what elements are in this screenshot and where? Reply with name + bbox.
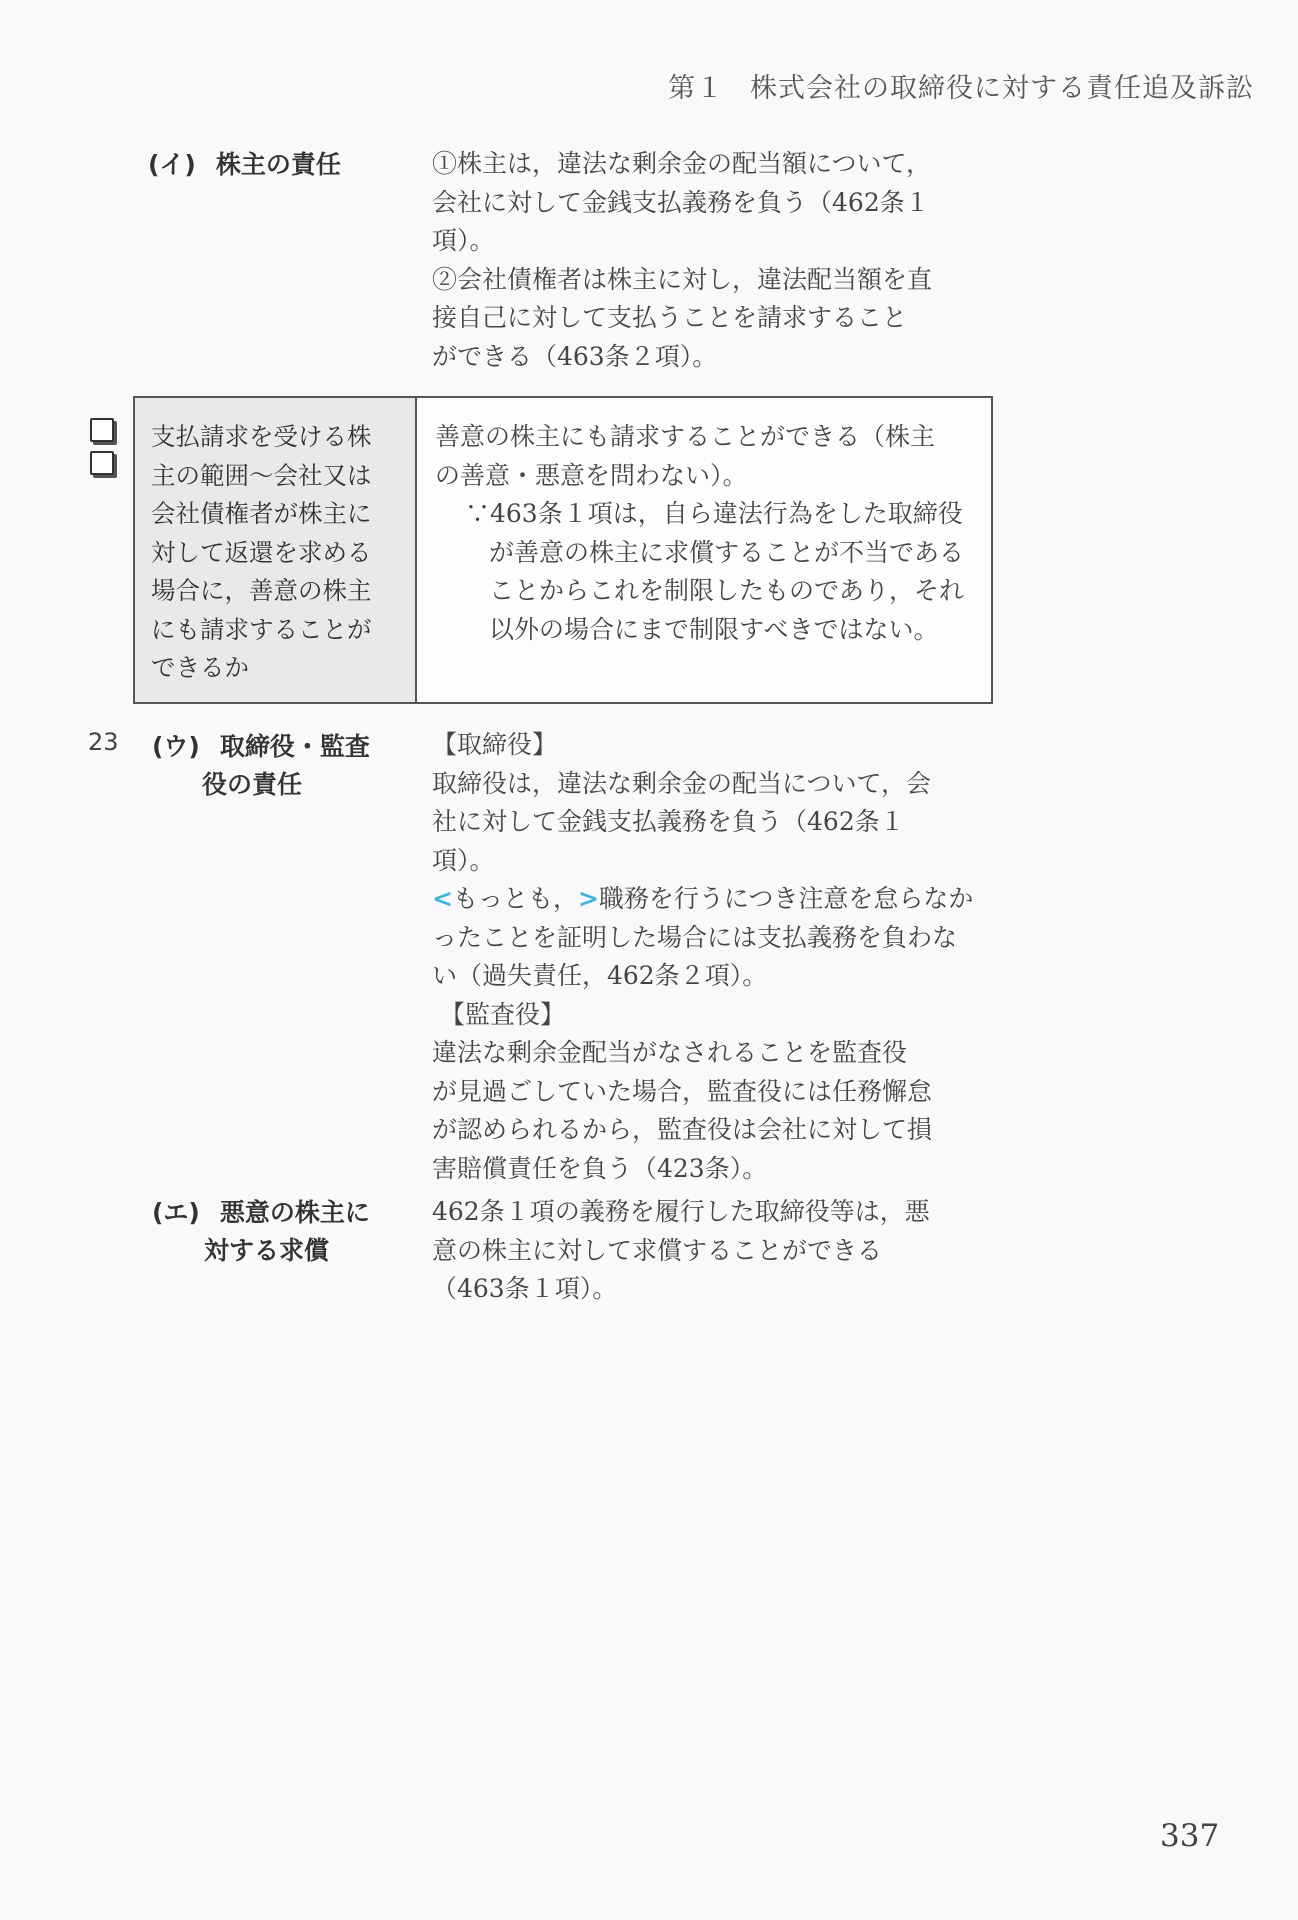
page-number: 337 (1160, 1818, 1219, 1854)
question-cell: 支払請求を受ける株 主の範囲～会社又は 会社債権者が株主に 対して返還を求める … (135, 398, 417, 702)
qa-table: 支払請求を受ける株 主の範囲～会社又は 会社債権者が株主に 対して返還を求める … (133, 396, 993, 704)
running-header: 第１株式会社の取締役に対する責任追及訴訟 (668, 66, 1254, 105)
section-i-label: (イ)株主の責任 (148, 146, 341, 184)
review-checkbox-1[interactable] (90, 418, 114, 442)
section-e-label: (エ)悪意の株主に 対する求償 (152, 1194, 370, 1270)
section-u-body: 【取締役】 取締役は，違法な剰余金の配当について，会 社に対して金銭支払義務を負… (432, 726, 977, 1188)
handwritten-open-mark: < (432, 884, 453, 913)
answer-cell: 善意の株主にも請求することができる（株主 の善意・悪意を問わない）。 ∵463条… (417, 398, 991, 702)
auditor-heading: 【監査役】 (440, 996, 977, 1035)
review-checkbox-2[interactable] (90, 451, 114, 475)
director-heading: 【取締役】 (432, 726, 977, 765)
section-u-label: (ウ)取締役・監査 役の責任 (152, 728, 370, 804)
chapter-title: 株式会社の取締役に対する責任追及訴訟 (750, 73, 1254, 104)
section-i-body: ①株主は，違法な剰余金の配当額について， 会社に対して金銭支払義務を負う（462… (432, 145, 977, 376)
annotated-paragraph: <もっとも，>職務を行うにつき注意を怠らなかったことを証明した場合には支払義務を… (432, 880, 977, 996)
chapter-number: 第１ (668, 73, 724, 104)
margin-number: 23 (88, 728, 119, 756)
section-e-body: 462条１項の義務を履行した取締役等は，悪 意の株主に対して求償することができる… (432, 1193, 977, 1309)
handwritten-close-mark: > (578, 884, 599, 913)
reason-text: ∵463条１項は，自ら違法行為をした取締役が善意の株主に求償することが不当である… (465, 495, 977, 649)
